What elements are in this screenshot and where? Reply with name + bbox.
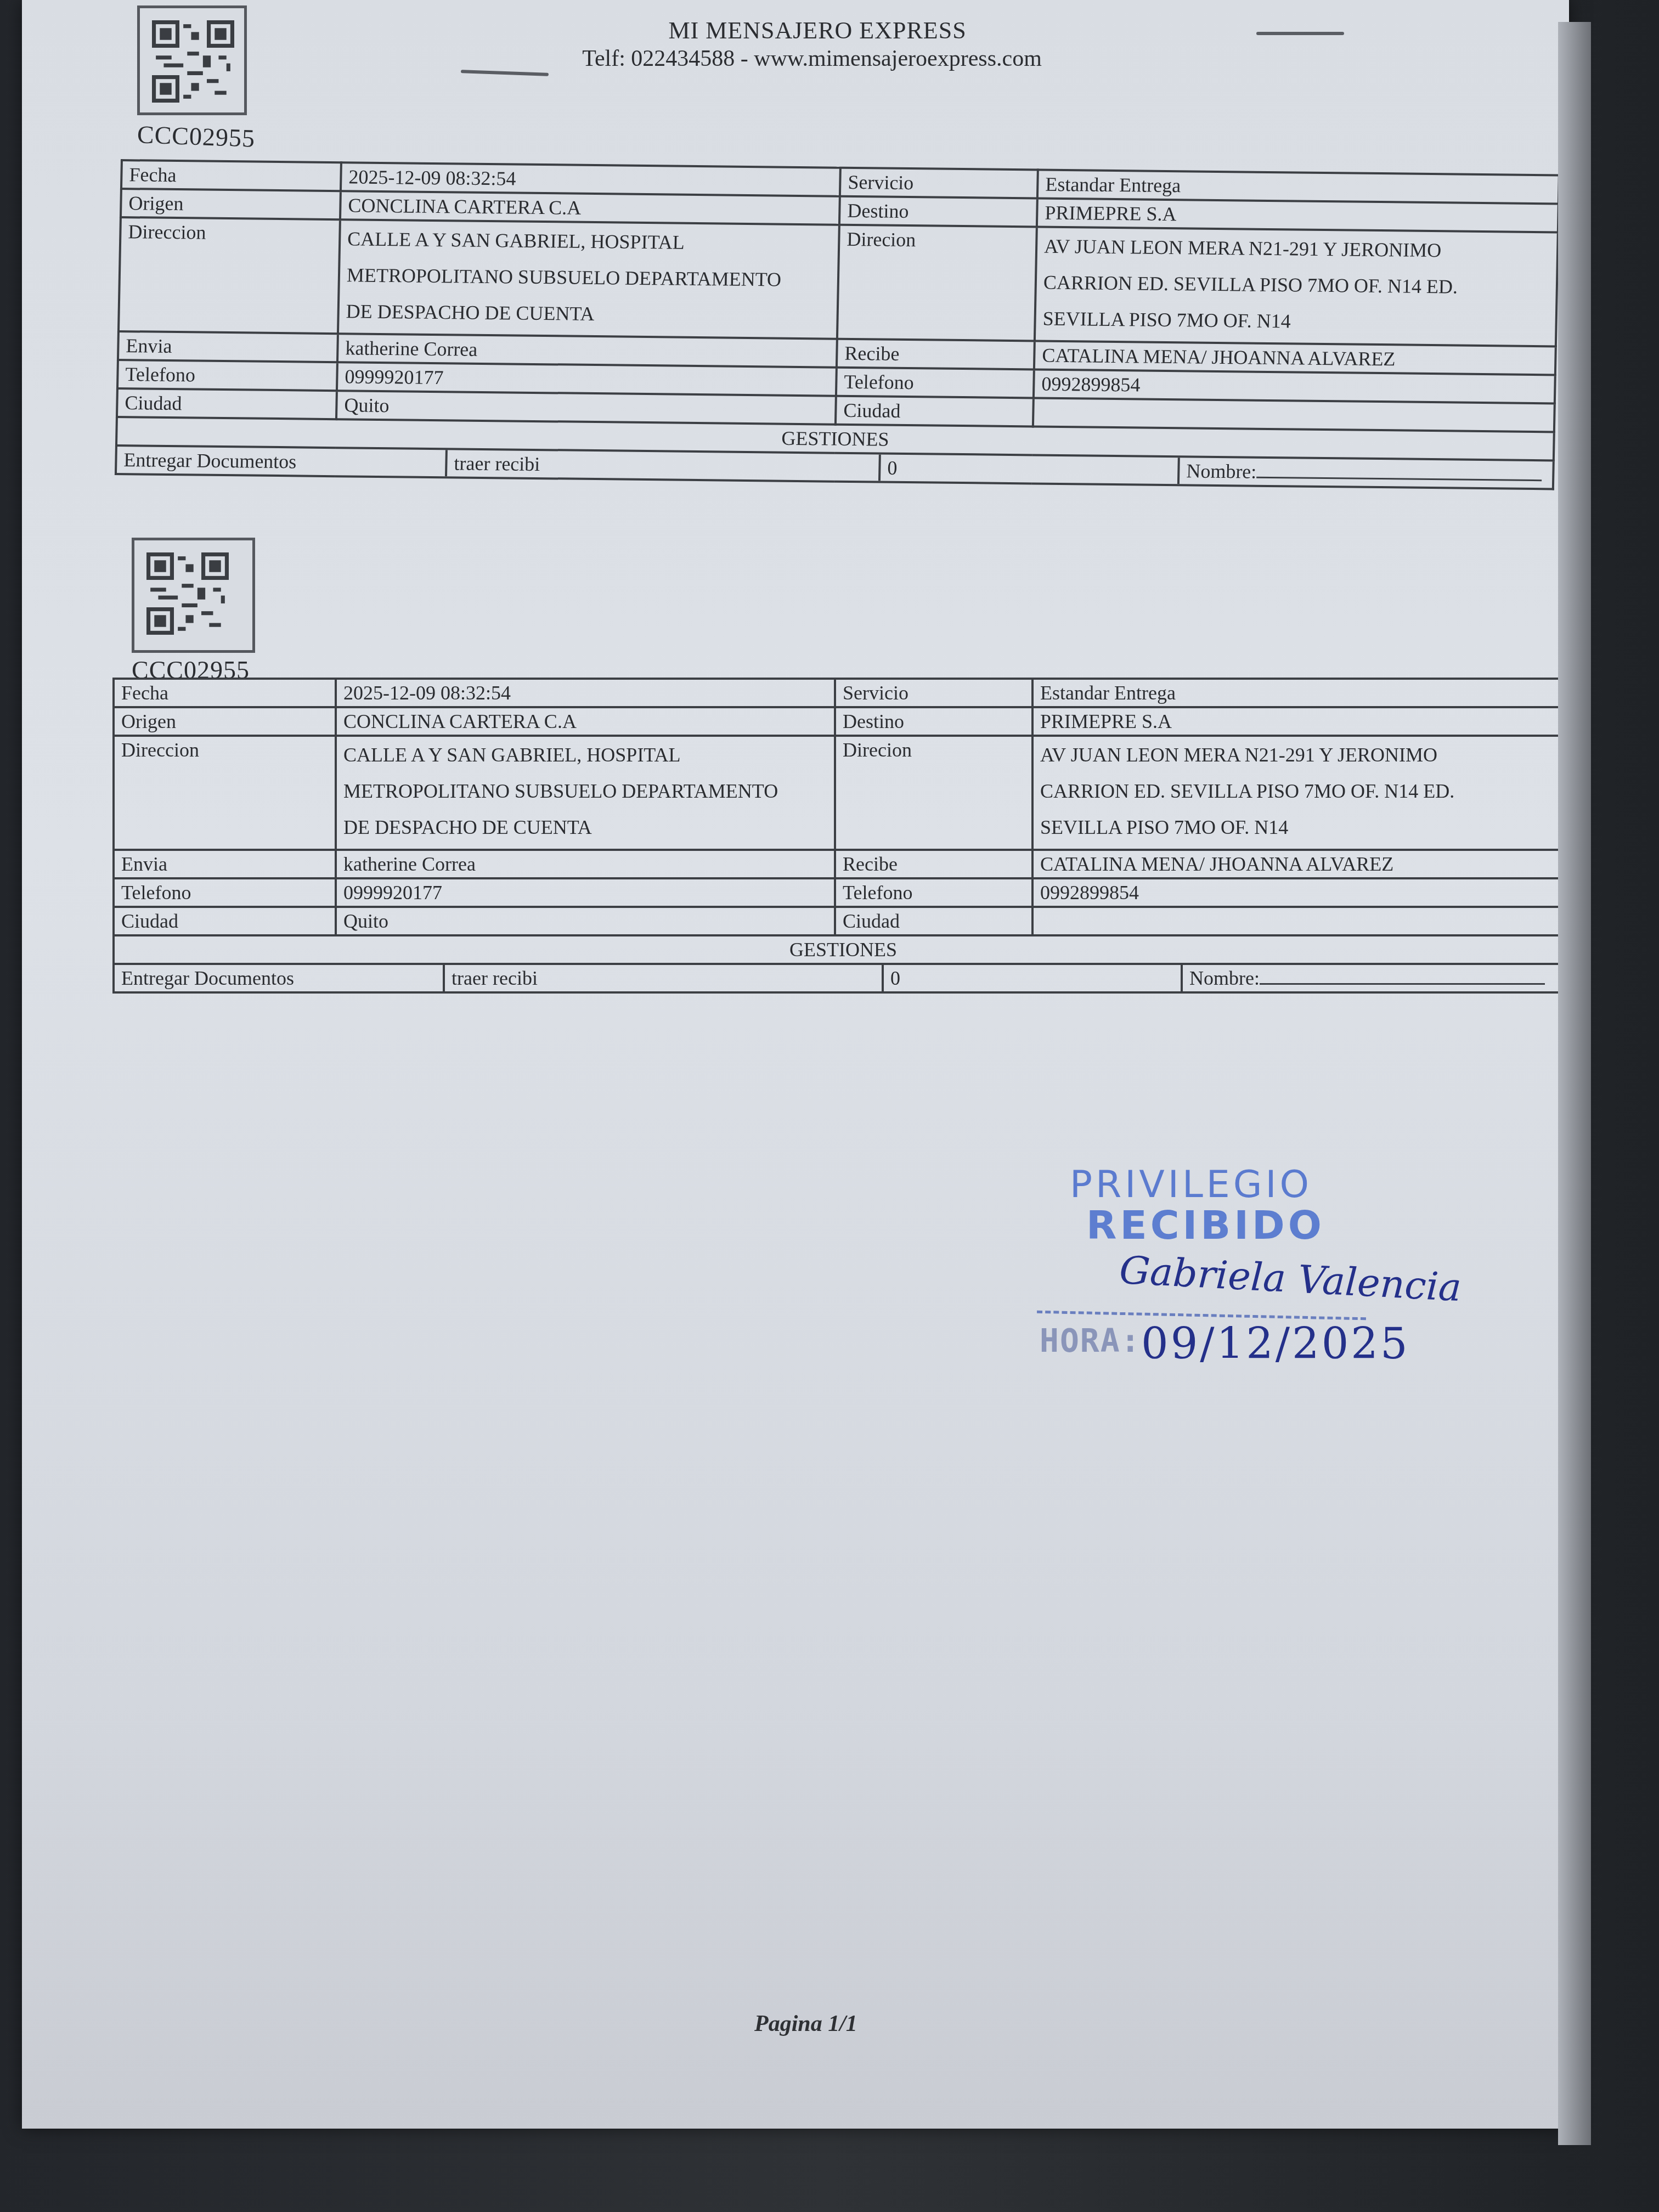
guide-id: CCC02955 (137, 120, 256, 153)
telefono-origen-value: 0999920177 (337, 362, 837, 396)
field-label: Origen (121, 189, 341, 219)
hora-label: HORA: (1040, 1322, 1141, 1359)
paper-stack-edge (1558, 22, 1591, 2145)
field-label: Servicio (840, 168, 1038, 199)
table-row: Telefono 0999920177 Telefono 0992899854 (114, 878, 1573, 907)
field-label: Servicio (835, 679, 1032, 707)
gestiones-table: Entregar Documentos traer recibi 0 Nombr… (115, 965, 1574, 991)
stamp-status: RECIBIDO (1086, 1202, 1325, 1248)
field-label: Fecha (114, 679, 336, 707)
company-name: MI MENSAJERO EXPRESS (66, 16, 1569, 44)
field-label: Direccion (114, 736, 336, 850)
table-row: Direccion CALLE A Y SAN GABRIEL, HOSPITA… (114, 736, 1573, 850)
field-label: Destino (839, 196, 1037, 227)
table-row: Direccion CALLE A Y SAN GABRIEL, HOSPITA… (119, 217, 1558, 346)
table-row: Entregar Documentos traer recibi 0 Nombr… (114, 964, 1573, 992)
gestiones-title: GESTIONES (114, 935, 1573, 964)
printed-dash (1256, 32, 1344, 35)
field-label: Ciudad (114, 907, 336, 935)
ciudad-destino-value (1032, 907, 1573, 935)
address-line: DE DESPACHO DE CUENTA (343, 809, 827, 845)
field-label: Ciudad (835, 907, 1032, 935)
field-label: Direccion (119, 217, 340, 334)
field-label: Telefono (117, 360, 337, 391)
field-label: Recibe (837, 339, 1035, 370)
telefono-origen-value: 0999920177 (336, 878, 835, 907)
address-line: CALLE A Y SAN GABRIEL, HOSPITAL (347, 221, 832, 262)
envia-value: katherine Correa (336, 850, 835, 878)
field-label: Ciudad (836, 396, 1034, 427)
table-row: Fecha 2025-12-09 08:32:54 Servicio Estan… (114, 679, 1573, 707)
qr-code-icon (137, 5, 247, 115)
address-line: CARRION ED. SEVILLA PISO 7MO OF. N14 ED. (1043, 264, 1549, 306)
address-line: CALLE A Y SAN GABRIEL, HOSPITAL (343, 737, 827, 773)
recibe-value: CATALINA MENA/ JHOANNA ALVAREZ (1032, 850, 1573, 878)
table-row: GESTIONES (114, 935, 1573, 964)
direccion-value: CALLE A Y SAN GABRIEL, HOSPITAL METROPOL… (338, 219, 839, 338)
gestion-detalle: traer recibi (444, 965, 883, 991)
direcion-value: AV JUAN LEON MERA N21-291 Y JERONIMO CAR… (1032, 736, 1573, 850)
document-header: MI MENSAJERO EXPRESS Telf: 022434588 - w… (22, 16, 1569, 72)
nombre-blank-line (1260, 970, 1545, 985)
field-label: Telefono (836, 368, 1034, 398)
address-line: SEVILLA PISO 7MO OF. N14 (1042, 301, 1549, 342)
destino-value: PRIMEPRE S.A (1032, 707, 1573, 736)
handwritten-date: 09/12/2025 (1141, 1319, 1410, 1369)
direcion-value: AV JUAN LEON MERA N21-291 Y JERONIMO CAR… (1035, 227, 1558, 346)
guide-table: Fecha 2025-12-09 08:32:54 Servicio Estan… (112, 678, 1574, 994)
qr-code-icon (132, 538, 255, 653)
ciudad-origen-value: Quito (336, 391, 836, 425)
address-line: METROPOLITANO SUBSUELO DEPARTAMENTO (346, 257, 831, 298)
table-row: Origen CONCLINA CARTERA C.A Destino PRIM… (114, 707, 1573, 736)
address-line: CARRION ED. SEVILLA PISO 7MO OF. N14 ED. (1040, 773, 1565, 809)
fecha-value: 2025-12-09 08:32:54 (341, 162, 840, 196)
field-label: Origen (114, 707, 336, 736)
field-label: Recibe (835, 850, 1032, 878)
servicio-value: Estandar Entrega (1032, 679, 1573, 707)
origen-value: CONCLINA CARTERA C.A (340, 191, 840, 225)
field-label: Destino (835, 707, 1032, 736)
nombre-blank-line (1256, 464, 1542, 481)
delivery-guide-page: MI MENSAJERO EXPRESS Telf: 022434588 - w… (22, 0, 1569, 2129)
field-label: Fecha (121, 160, 341, 191)
field-label: Envia (114, 850, 336, 878)
field-label: Envia (118, 331, 338, 362)
nombre-field: Nombre: (1178, 458, 1555, 488)
telefono-destino-value: 0992899854 (1032, 878, 1573, 907)
address-line: SEVILLA PISO 7MO OF. N14 (1040, 809, 1565, 845)
receiver-signature: Gabriela Valencia (1118, 1248, 1463, 1311)
gestion-cantidad: 0 (883, 965, 1182, 991)
nombre-label: Nombre: (1189, 967, 1260, 989)
gestion-cantidad: 0 (879, 455, 1179, 484)
gestiones-row: Entregar Documentos traer recibi 0 Nombr… (114, 964, 1573, 992)
gestion-detalle: traer recibi (446, 450, 880, 481)
address-line: AV JUAN LEON MERA N21-291 Y JERONIMO (1040, 737, 1565, 773)
received-stamp: PRIVILEGIO RECIBIDO (1070, 1163, 1325, 1248)
address-line: AV JUAN LEON MERA N21-291 Y JERONIMO (1044, 228, 1550, 270)
guide-table: Fecha 2025-12-09 08:32:54 Servicio Estan… (115, 159, 1560, 490)
address-line: METROPOLITANO SUBSUELO DEPARTAMENTO (343, 773, 827, 809)
field-label: Ciudad (117, 388, 337, 419)
envia-value: katherine Correa (337, 334, 837, 368)
nombre-field: Nombre: (1182, 965, 1574, 991)
field-label: Telefono (114, 878, 336, 907)
page-number: Pagina 1/1 (754, 2011, 857, 2037)
fecha-value: 2025-12-09 08:32:54 (336, 679, 835, 707)
signature-line (1037, 1311, 1366, 1321)
address-line: DE DESPACHO DE CUENTA (346, 293, 830, 334)
stamp-company: PRIVILEGIO (1070, 1163, 1325, 1206)
table-row: Envia katherine Correa Recibe CATALINA M… (114, 850, 1573, 878)
nombre-label: Nombre: (1186, 460, 1257, 482)
origen-value: CONCLINA CARTERA C.A (336, 707, 835, 736)
ciudad-origen-value: Quito (336, 907, 835, 935)
field-label: Direcion (835, 736, 1032, 850)
gestion-accion: Entregar Documentos (115, 965, 444, 991)
company-contact: Telf: 022434588 - www.mimensajeroexpress… (55, 46, 1569, 72)
field-label: Direcion (837, 225, 1037, 341)
field-label: Telefono (835, 878, 1032, 907)
gestion-accion: Entregar Documentos (117, 447, 447, 476)
direccion-value: CALLE A Y SAN GABRIEL, HOSPITAL METROPOL… (336, 736, 835, 850)
table-row: Ciudad Quito Ciudad (114, 907, 1573, 935)
